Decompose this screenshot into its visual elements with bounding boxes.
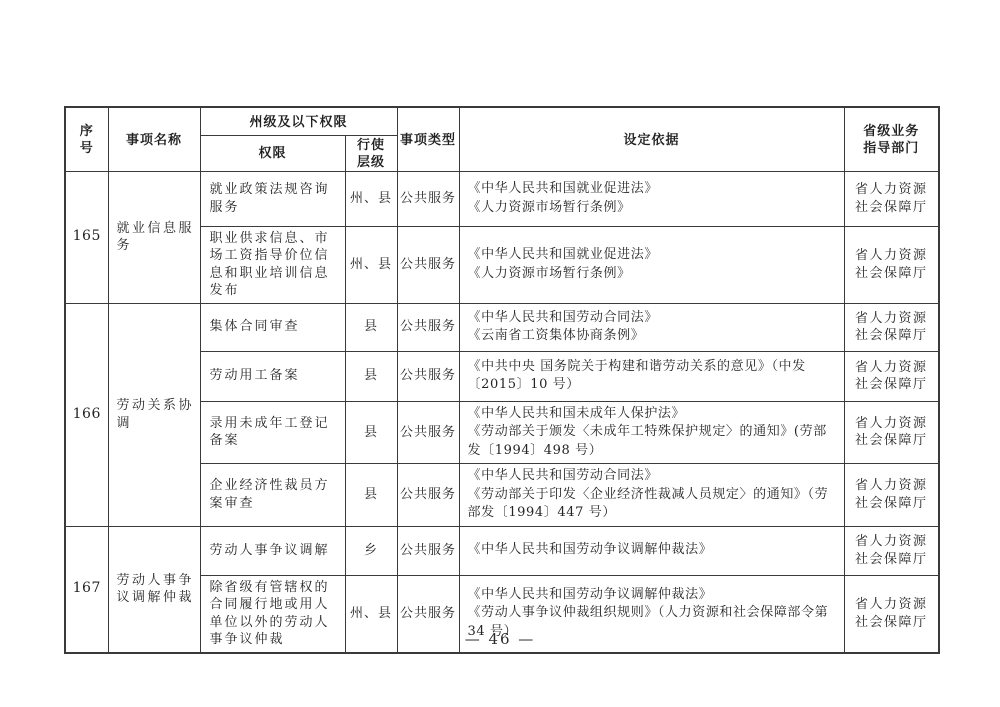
cell-item-type: 公共服务 xyxy=(397,401,459,464)
cell-item-type: 公共服务 xyxy=(397,226,459,303)
cell-item-name: 就业信息服务 xyxy=(108,171,200,303)
authority-matters-table: 序 号 事项名称 州级及以下权限 事项类型 设定依据 省级业务 指导部门 权限 … xyxy=(64,106,940,654)
cell-exercise-level: 乡 xyxy=(345,526,397,575)
cell-authority: 企业经济性裁员方案审查 xyxy=(200,464,345,527)
cell-basis: 《中华人民共和国未成年人保护法》 《劳动部关于颁发〈未成年工特殊保护规定〉的通知… xyxy=(459,401,844,464)
cell-exercise-level: 县 xyxy=(345,464,397,527)
cell-authority: 劳动用工备案 xyxy=(200,351,345,401)
cell-guidance-dept: 省人力资源 社会保障厅 xyxy=(844,526,939,575)
header-exercise-level: 行使 层级 xyxy=(345,135,397,171)
header-guidance-dept: 省级业务 指导部门 xyxy=(844,107,939,171)
table-row: 166 劳动关系协调 集体合同审查 县 公共服务 《中华人民共和国劳动合同法》 … xyxy=(65,303,939,351)
header-serial: 序 号 xyxy=(65,107,108,171)
header-authority-group: 州级及以下权限 xyxy=(200,107,397,135)
table-header-row-1: 序 号 事项名称 州级及以下权限 事项类型 设定依据 省级业务 指导部门 xyxy=(65,107,939,135)
cell-authority: 就业政策法规咨询服务 xyxy=(200,171,345,226)
cell-authority: 劳动人事争议调解 xyxy=(200,526,345,575)
document-page: 序 号 事项名称 州级及以下权限 事项类型 设定依据 省级业务 指导部门 权限 … xyxy=(0,0,1000,707)
cell-guidance-dept: 省人力资源 社会保障厅 xyxy=(844,303,939,351)
table-row: 165 就业信息服务 就业政策法规咨询服务 州、县 公共服务 《中华人民共和国就… xyxy=(65,171,939,226)
cell-item-type: 公共服务 xyxy=(397,171,459,226)
cell-exercise-level: 县 xyxy=(345,303,397,351)
cell-guidance-dept: 省人力资源 社会保障厅 xyxy=(844,171,939,226)
cell-basis: 《中华人民共和国就业促进法》 《人力资源市场暂行条例》 xyxy=(459,226,844,303)
cell-basis: 《中华人民共和国劳动合同法》 《云南省工资集体协商条例》 xyxy=(459,303,844,351)
cell-serial: 166 xyxy=(65,303,108,526)
cell-serial: 165 xyxy=(65,171,108,303)
cell-item-type: 公共服务 xyxy=(397,351,459,401)
cell-guidance-dept: 省人力资源 社会保障厅 xyxy=(844,351,939,401)
cell-exercise-level: 州、县 xyxy=(345,171,397,226)
cell-basis: 《中华人民共和国劳动争议调解仲裁法》 xyxy=(459,526,844,575)
header-item-type: 事项类型 xyxy=(397,107,459,171)
cell-basis: 《中华人民共和国劳动合同法》 《劳动部关于印发〈企业经济性裁减人员规定〉的通知》… xyxy=(459,464,844,527)
cell-item-type: 公共服务 xyxy=(397,464,459,527)
header-item-name: 事项名称 xyxy=(108,107,200,171)
cell-exercise-level: 县 xyxy=(345,401,397,464)
page-number: — 46 — xyxy=(0,630,1000,648)
cell-exercise-level: 县 xyxy=(345,351,397,401)
header-basis: 设定依据 xyxy=(459,107,844,171)
cell-item-name: 劳动关系协调 xyxy=(108,303,200,526)
cell-authority: 职业供求信息、市场工资指导价位信息和职业培训信息发布 xyxy=(200,226,345,303)
header-authority: 权限 xyxy=(200,135,345,171)
cell-authority: 录用未成年工登记备案 xyxy=(200,401,345,464)
table-row: 167 劳动人事争议调解仲裁 劳动人事争议调解 乡 公共服务 《中华人民共和国劳… xyxy=(65,526,939,575)
cell-authority: 集体合同审查 xyxy=(200,303,345,351)
cell-guidance-dept: 省人力资源 社会保障厅 xyxy=(844,401,939,464)
cell-item-type: 公共服务 xyxy=(397,526,459,575)
cell-basis: 《中华人民共和国就业促进法》 《人力资源市场暂行条例》 xyxy=(459,171,844,226)
cell-item-type: 公共服务 xyxy=(397,303,459,351)
cell-exercise-level: 州、县 xyxy=(345,226,397,303)
cell-guidance-dept: 省人力资源 社会保障厅 xyxy=(844,464,939,527)
cell-basis: 《中共中央 国务院关于构建和谐劳动关系的意见》（中发〔2015〕10 号） xyxy=(459,351,844,401)
cell-guidance-dept: 省人力资源 社会保障厅 xyxy=(844,226,939,303)
